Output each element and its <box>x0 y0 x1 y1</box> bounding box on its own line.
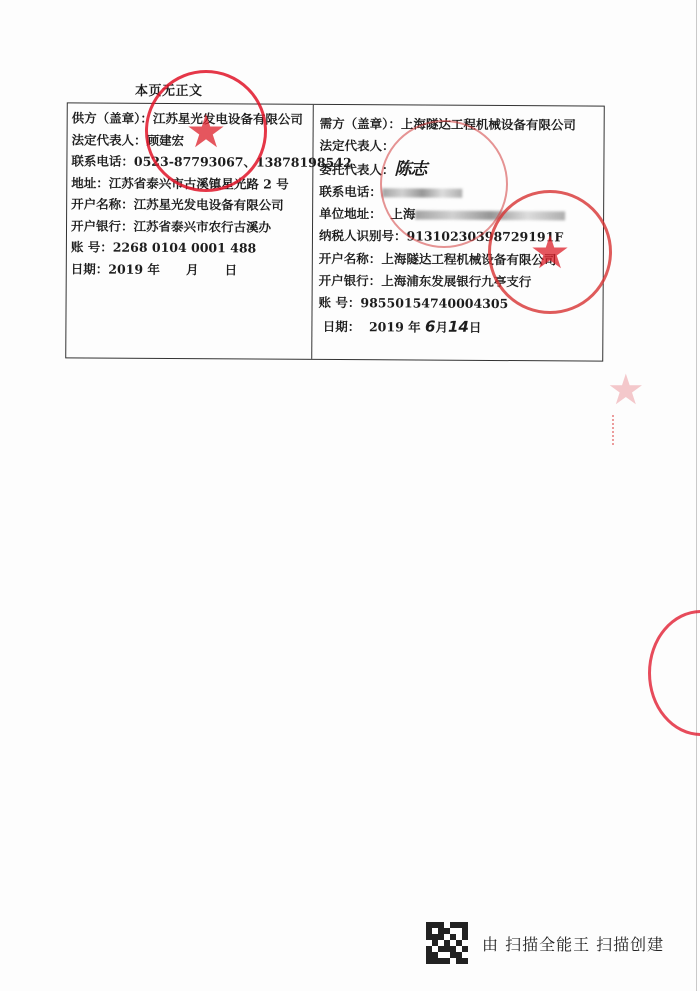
buyer-legal-rep-row: 法定代表人： <box>319 135 603 159</box>
faint-star-icon: ★ <box>607 365 645 414</box>
buyer-tax-id-row: 纳税人识别号：91310230398729191F <box>319 225 603 249</box>
supplier-date-row: 日期：2019 年 月 日 <box>71 258 312 281</box>
buyer-column: 需方（盖章）：上海隧达工程机械设备有限公司 法定代表人： 委托代表人：陈志 联系… <box>312 105 604 361</box>
qr-code-icon <box>426 922 468 964</box>
supplier-bank-row: 开户银行：江苏省泰兴市农行古溪办 <box>71 215 312 238</box>
buyer-account-name-row: 开户名称：上海隧达工程机械设备有限公司 <box>319 248 603 272</box>
supplier-column: 供方（盖章）：江苏星光发电设备有限公司 法定代表人：顾建宏 联系电话：0523-… <box>66 103 314 358</box>
buyer-address-row: 单位地址： 上海 <box>319 203 603 227</box>
scanner-watermark: 由 扫描全能王 扫描创建 <box>426 922 664 964</box>
edge-seal-stamp <box>648 610 700 736</box>
buyer-phone-row: 联系电话： <box>319 181 603 205</box>
redacted-address <box>415 211 565 221</box>
supplier-legal-rep-row: 法定代表人：顾建宏 <box>71 129 312 152</box>
supplier-account-number-row: 账 号：2268 0104 0001 488 <box>71 236 312 259</box>
buyer-account-number-row: 账 号：98550154740004305 <box>318 292 602 316</box>
supplier-account-name-row: 开户名称：江苏星光发电设备有限公司 <box>71 193 312 216</box>
buyer-agent-row: 委托代表人：陈志 <box>319 157 603 182</box>
page-edge <box>696 0 697 991</box>
handwritten-signature: 陈志 <box>394 159 426 179</box>
scanner-credit-text: 由 扫描全能王 扫描创建 <box>482 932 664 955</box>
signature-table: 供方（盖章）：江苏星光发电设备有限公司 法定代表人：顾建宏 联系电话：0523-… <box>65 102 605 361</box>
supplier-phone-row: 联系电话：0523-87793067、13878198542 <box>71 150 312 173</box>
redacted-phone <box>382 188 462 197</box>
faint-seal-mark <box>612 415 630 445</box>
buyer-name-row: 需方（盖章）：上海隧达工程机械设备有限公司 <box>320 113 604 137</box>
buyer-date-row: 日期： 2019 年 6月14日 <box>318 315 602 340</box>
supplier-address-row: 地址：江苏省泰兴市古溪镇星光路 2 号 <box>71 172 312 195</box>
no-body-note: 本页无正文 <box>135 80 203 99</box>
buyer-bank-row: 开户银行：上海浦东发展银行九亭支行 <box>319 270 603 294</box>
supplier-name-row: 供方（盖章）：江苏星光发电设备有限公司 <box>72 107 313 130</box>
